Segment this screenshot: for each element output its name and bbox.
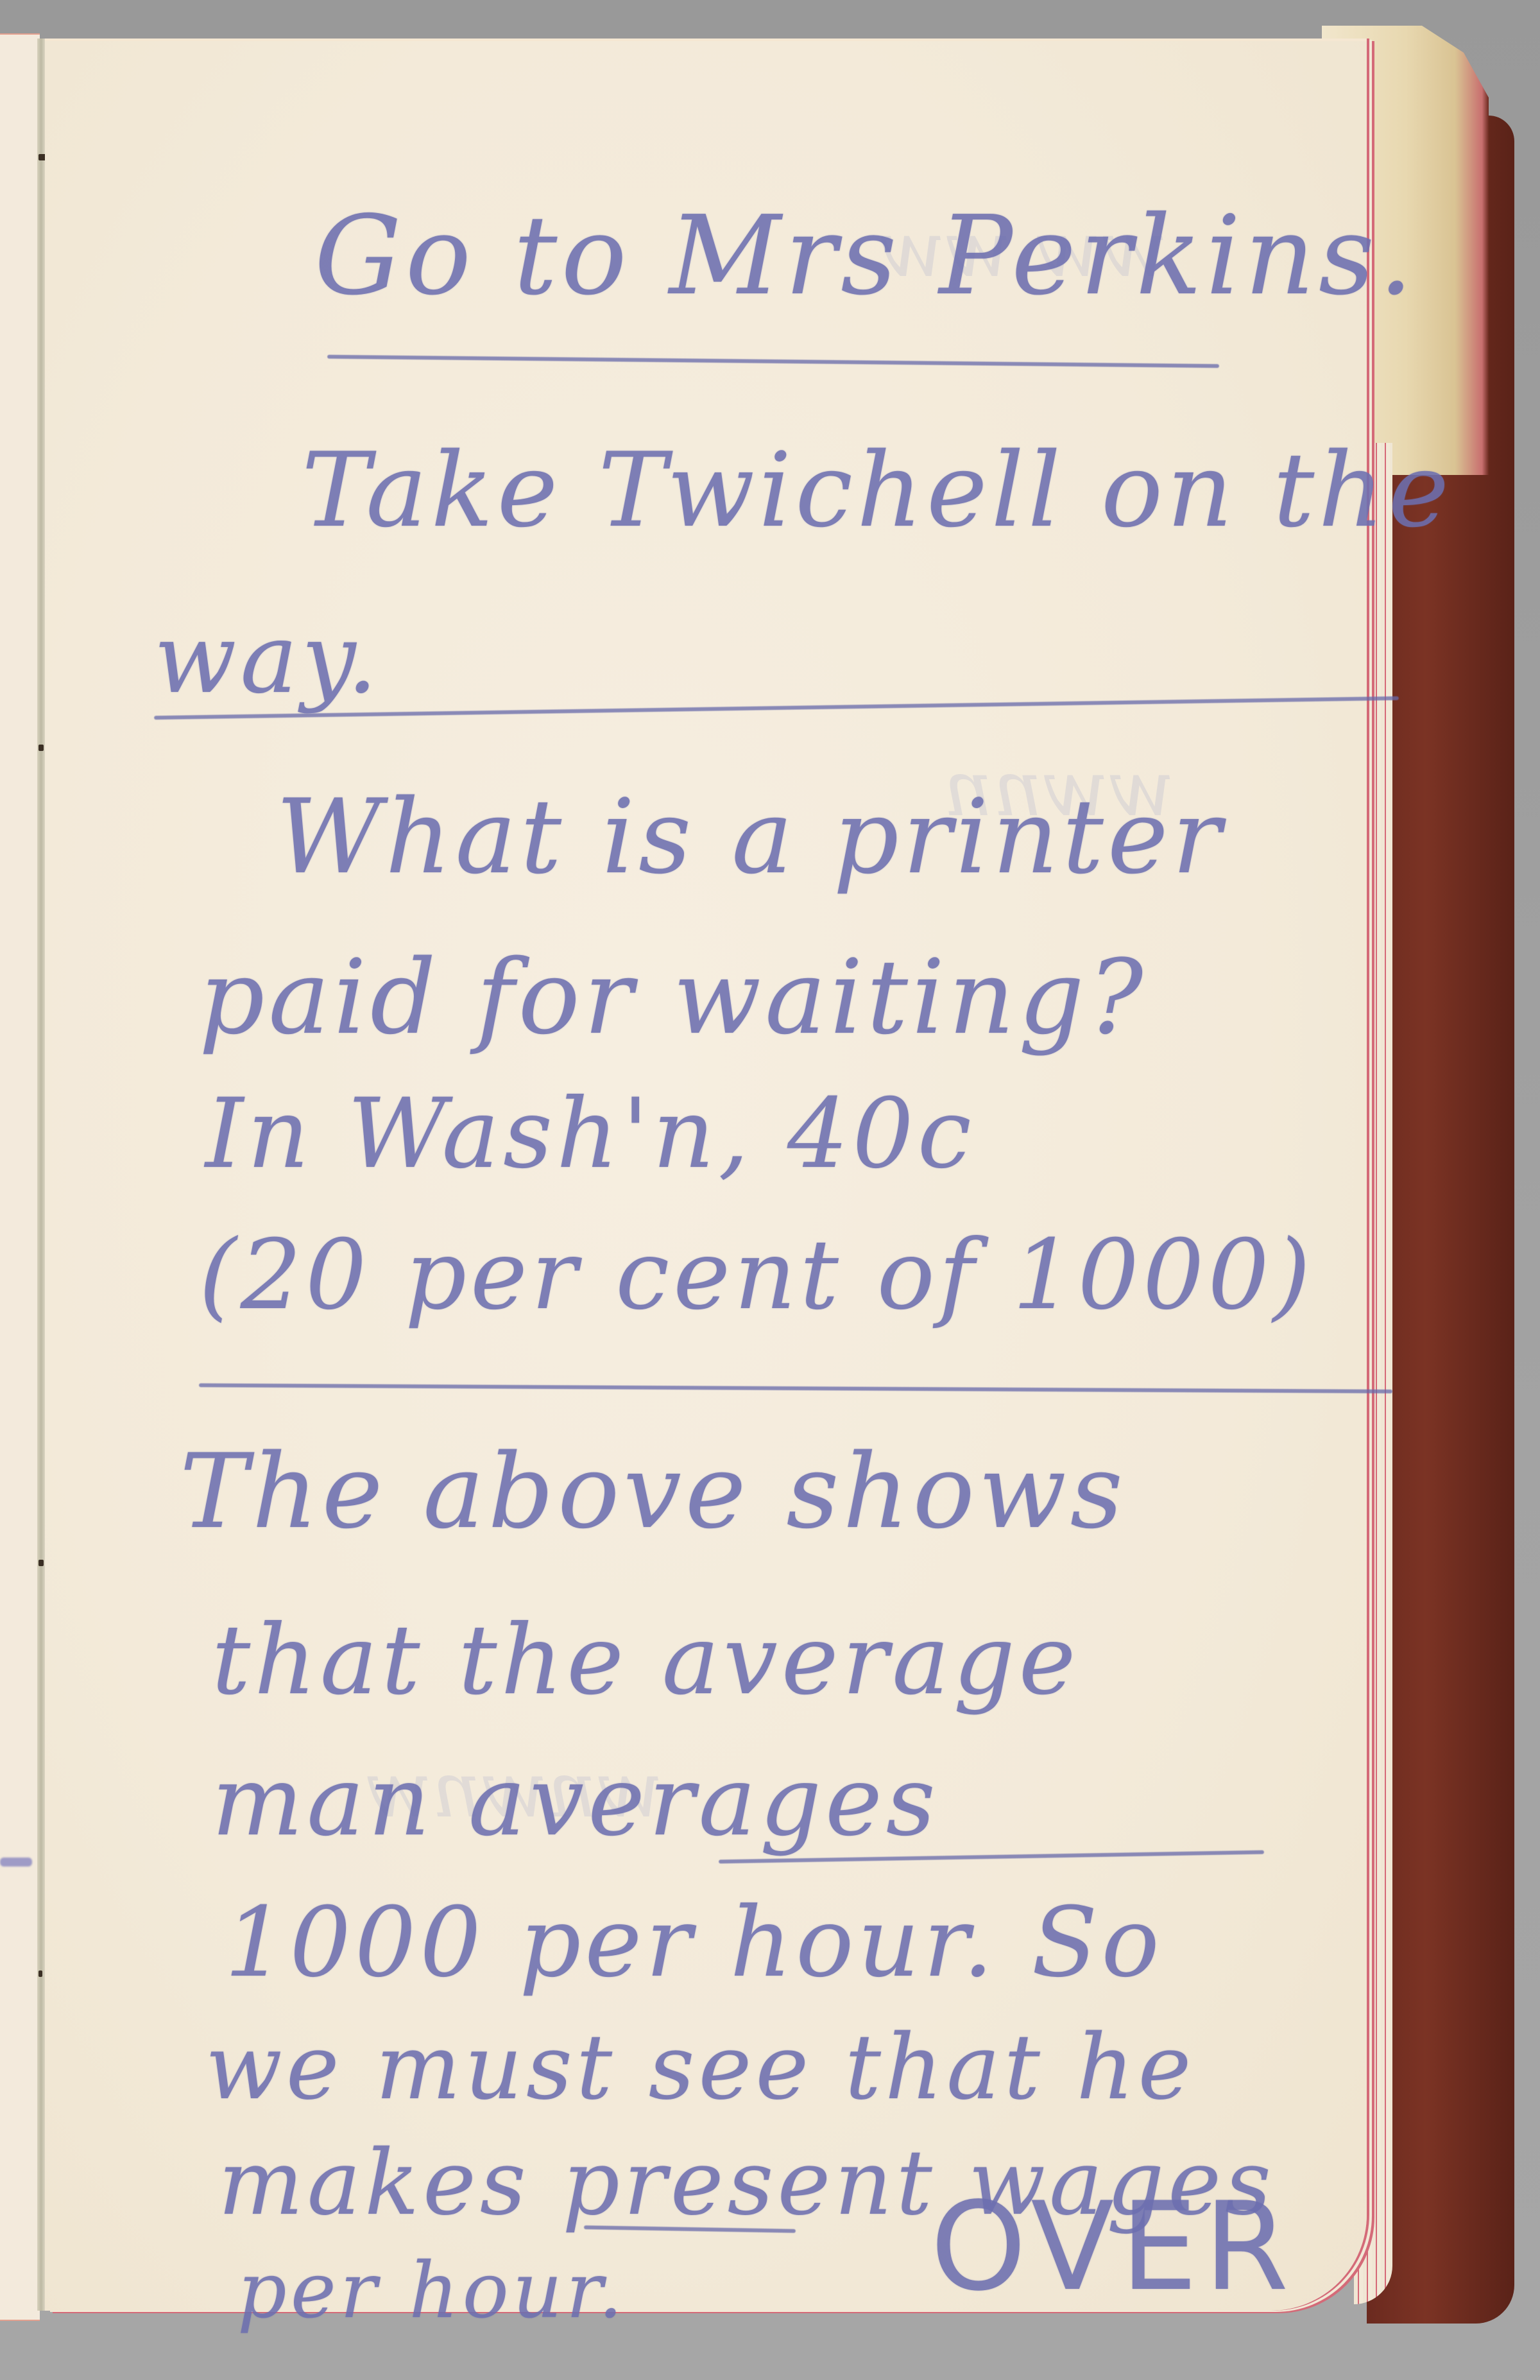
facing-page-ink-mark (0, 1858, 32, 1867)
note-line: paid for waiting? (199, 937, 1147, 1057)
note-line: 1000 per hour. So (225, 1887, 1163, 1999)
handwritten-notes: Go to Mrs Perkins. Take Twichell on the … (45, 39, 1367, 2311)
note-line: we must see that he (205, 2015, 1195, 2120)
underline-rule (327, 355, 1219, 368)
note-line: (20 per cent of 1000) (199, 1220, 1314, 1331)
divider-rule (199, 1383, 1392, 1393)
continuation-mark: OVER (930, 2176, 1295, 2318)
note-line: way. (154, 603, 381, 715)
notebook-page: ww ww wwnn wnwnw Go to Mrs Perkins. Take… (45, 39, 1367, 2311)
facing-page-edge (0, 33, 40, 2321)
binding-staple-hole (38, 1970, 42, 1977)
binding-staple-hole (38, 1560, 44, 1566)
note-line: Take Twichell on the (302, 430, 1453, 550)
note-line: What is a printer (276, 777, 1225, 897)
note-line: that the average (212, 1605, 1079, 1716)
note-line: Go to Mrs Perkins. (314, 193, 1417, 320)
note-line: per hour. (237, 2246, 626, 2336)
note-line: In Wash'n, 40c (205, 1078, 975, 1190)
note-line: The above shows (180, 1431, 1127, 1551)
notebook-photo: ww ww wwnn wnwnw Go to Mrs Perkins. Take… (0, 0, 1540, 2380)
binding-staple-hole (38, 745, 44, 751)
binding-gutter (37, 39, 45, 2311)
note-line: man averages (212, 1746, 939, 1858)
